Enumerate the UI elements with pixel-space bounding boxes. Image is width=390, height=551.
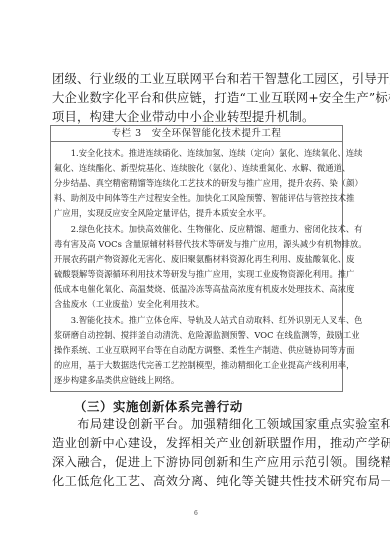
column-box-line: 含盐废水（工业废盐）安全化利用技术。	[54, 299, 204, 309]
section-heading: （三）实施创新体系完善行动	[74, 397, 243, 415]
column-box-line: 逐步构建多品类供应链线上网络。	[54, 375, 179, 385]
section-line: 布局建设创新平台。加强精细化工领域国家重点实验室和制	[52, 417, 390, 431]
column-box-line: 低成本电催化氧化、高温焚烧、低温冷冻等高盐高浓度有机废水处理技术、高浓度	[54, 284, 355, 294]
column-box-line: 氟化、连续酯化、新型烷基化、连续胺化（氨化）、连续重氮化、水解、微通道、	[54, 163, 350, 173]
column-box-line: 分步结晶、真空精密精馏等连续化工艺技术的研发与推广应用，提升农药、染（颜）	[54, 178, 363, 188]
column-box-line: 2.绿色化技术。加快高效催化、生物催化、反应精馏、超重力、密闭化技术、有	[54, 224, 363, 234]
column-box-title: 专栏 3 安全环保智能化技术提升工程	[51, 126, 342, 142]
section-line: 造业创新中心建设，发挥相关产业创新联盟作用，推动产学研用	[52, 436, 390, 450]
column-box-line: 操作系统、工业互联网平台等在自动配方调整、柔性生产制造、供应链协同等方面	[54, 345, 355, 355]
column-box-line: 1.安全化技术。推进连续硝化、连续加氢、连续（定向）氯化、连续氧化、连续	[54, 148, 363, 158]
column-box-line: 硫酸裂解等资源循环利用技术等研发与推广应用，实现工业废物资源化利用。推广	[54, 269, 355, 279]
intro-line: 团级、行业级的工业互联网平台和若干智慧化工园区，引导开放	[52, 72, 390, 86]
intro-line: 项目，构建大企业带动中小企业转型提升机制。	[52, 110, 314, 124]
column-box-line: 浆研磨自动控制、搅拌釜自动清洗、危险源监测预警、VOC 在线监测等，鼓励工业	[54, 330, 360, 340]
column-box-line: 开展农药副产物资源化无害化、废旧聚氨酯材料资源化再生利用、废盐酸氧化、废	[54, 254, 355, 264]
page-number: 6	[194, 510, 198, 517]
section-line: 深入融合，促进上下游协同创新和生产应用示范引领。围绕精细	[52, 455, 390, 469]
section-line: 化工低危化工艺、高效分离、纯化等关键共性技术研究布局一批	[52, 474, 390, 488]
column-box-line: 料、助剂及中间体等生产过程安全性。加快化工风险预警、智能评估与管控技术推	[54, 193, 355, 203]
column-box-line: 毒有害及高 VOCs 含量原辅材料替代技术等研发与推广应用，源头减少有机物排放。	[54, 239, 367, 249]
column-box-line: 3.智能化技术。推广立体仓库、导轨及人站式自动取料、红外识别无人叉车、色	[54, 315, 363, 325]
column-box-line: 的应用，基于大数据迭代完善工艺控制模型，推动精细化工企业提高产线利用率，	[54, 360, 355, 370]
column-box: 专栏 3 安全环保智能化技术提升工程 1.安全化技术。推进连续硝化、连续加氢、连…	[50, 125, 343, 392]
intro-line: 大企业数字化平台和供应链，打造“工业互联网+安全生产”标杆	[52, 91, 390, 105]
column-box-line: 广应用，实现反应安全风险定量评估，提升本质安全水平。	[54, 208, 271, 218]
